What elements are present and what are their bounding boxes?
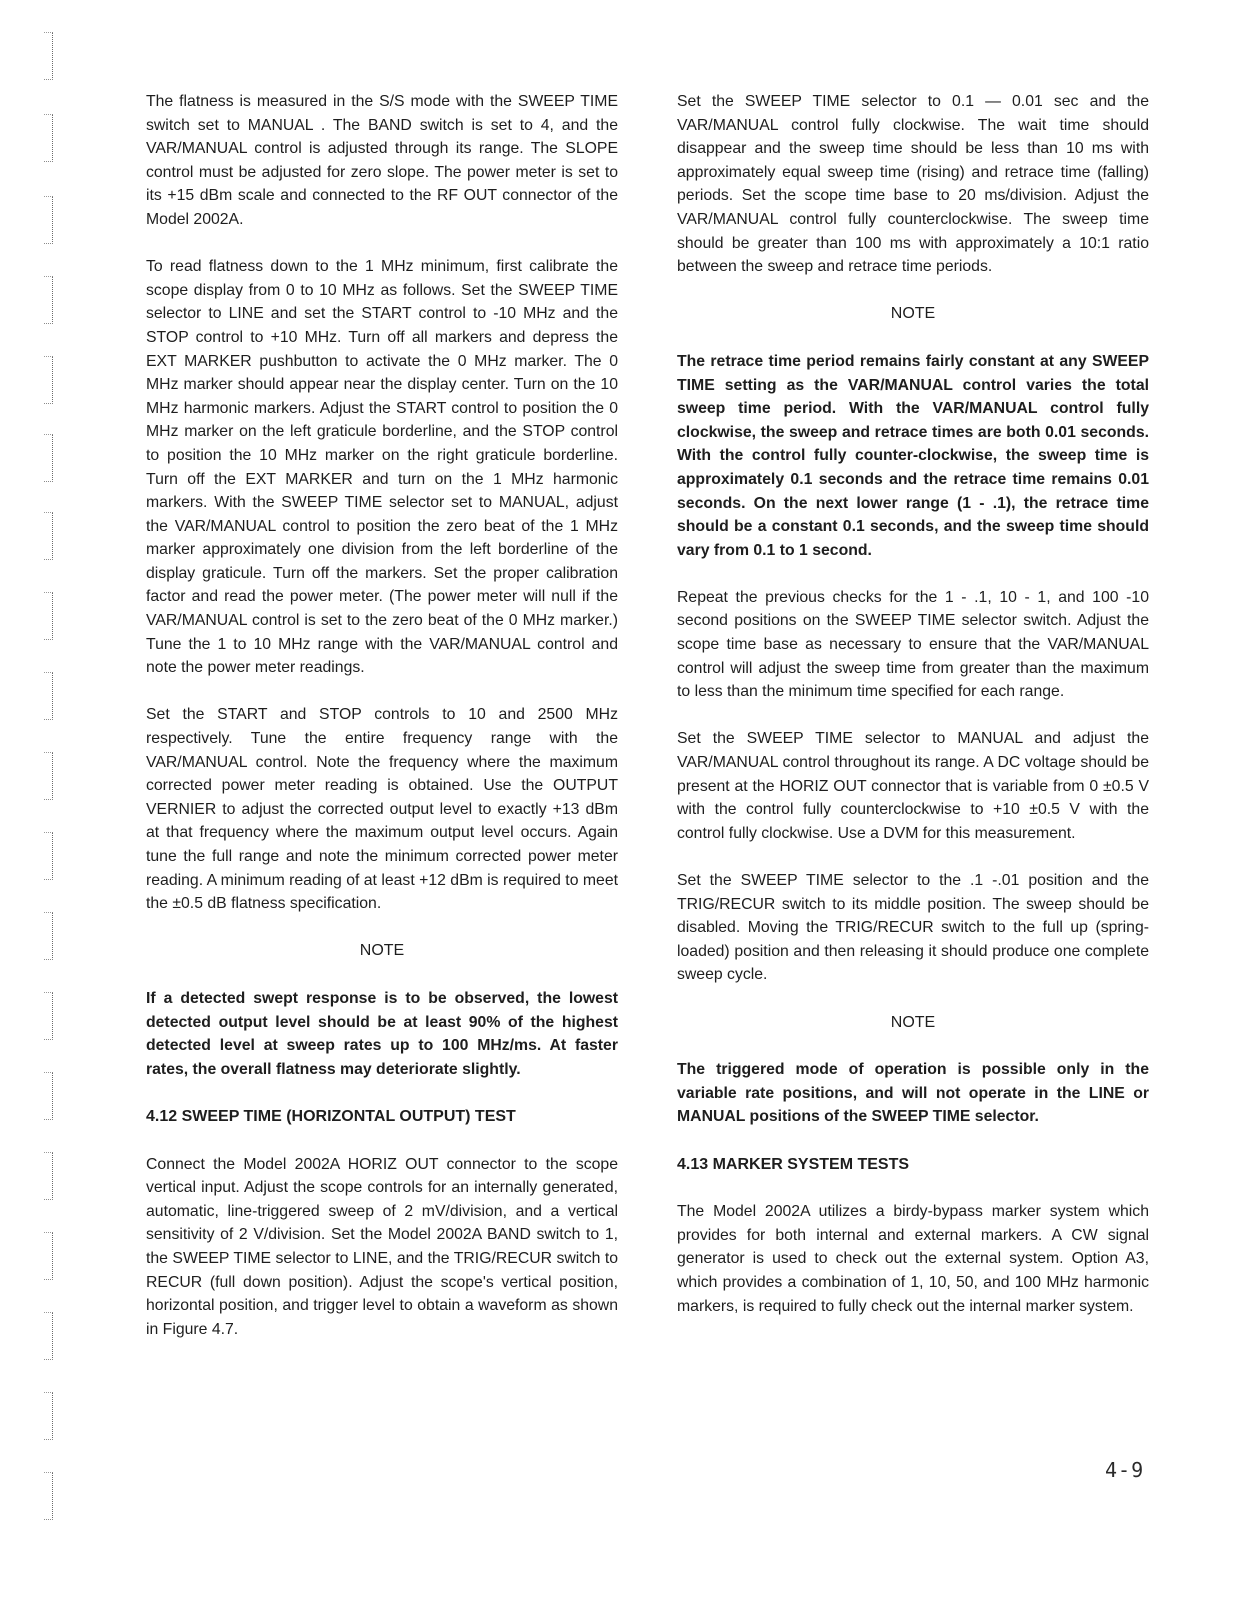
note-text-triggered-mode: The triggered mode of operation is possi… — [677, 1058, 1149, 1129]
paragraph-flatness-calibration: To read flatness down to the 1 MHz minim… — [146, 255, 618, 680]
binding-mark — [44, 752, 53, 800]
binding-mark — [44, 276, 53, 324]
binding-mark — [44, 912, 53, 960]
binding-mark — [44, 1472, 53, 1520]
binding-mark — [44, 992, 53, 1040]
paragraph-trig-recur: Set the SWEEP TIME selector to the .1 -.… — [677, 869, 1149, 987]
binding-mark — [44, 1152, 53, 1200]
binding-mark — [44, 592, 53, 640]
paragraph-flatness-intro: The flatness is measured in the S/S mode… — [146, 90, 618, 232]
binding-mark — [44, 512, 53, 560]
binding-mark — [44, 1072, 53, 1120]
note-heading: NOTE — [677, 302, 1149, 326]
binding-mark — [44, 1232, 53, 1280]
paragraph-repeat-checks: Repeat the previous checks for the 1 - .… — [677, 586, 1149, 704]
paragraph-marker-system: The Model 2002A utilizes a birdy-bypass … — [677, 1200, 1149, 1318]
binding-mark — [44, 356, 53, 404]
note-heading: NOTE — [677, 1011, 1149, 1035]
section-heading-4-12: 4.12 SWEEP TIME (HORIZONTAL OUTPUT) TEST — [146, 1105, 618, 1129]
binding-mark — [44, 1392, 53, 1440]
note-heading: NOTE — [146, 939, 618, 963]
binding-mark — [44, 196, 53, 244]
binding-mark — [44, 114, 53, 162]
paragraph-flatness-full-range: Set the START and STOP controls to 10 an… — [146, 703, 618, 915]
left-column: The flatness is measured in the S/S mode… — [146, 90, 618, 1341]
note-text-retrace-time: The retrace time period remains fairly c… — [677, 350, 1149, 562]
paragraph-horiz-out-setup: Connect the Model 2002A HORIZ OUT connec… — [146, 1153, 618, 1342]
binding-mark — [44, 434, 53, 482]
binding-mark — [44, 32, 53, 80]
paragraph-manual-dc-voltage: Set the SWEEP TIME selector to MANUAL an… — [677, 727, 1149, 845]
right-column: Set the SWEEP TIME selector to 0.1 — 0.0… — [677, 90, 1149, 1318]
binding-margin-marks — [30, 0, 60, 1600]
paragraph-sweep-time-check: Set the SWEEP TIME selector to 0.1 — 0.0… — [677, 90, 1149, 279]
binding-mark — [44, 1312, 53, 1360]
section-heading-4-13: 4.13 MARKER SYSTEM TESTS — [677, 1153, 1149, 1177]
note-text-swept-response: If a detected swept response is to be ob… — [146, 987, 618, 1081]
binding-mark — [44, 672, 53, 720]
binding-mark — [44, 832, 53, 880]
page-number: 4-9 — [1105, 1458, 1144, 1482]
